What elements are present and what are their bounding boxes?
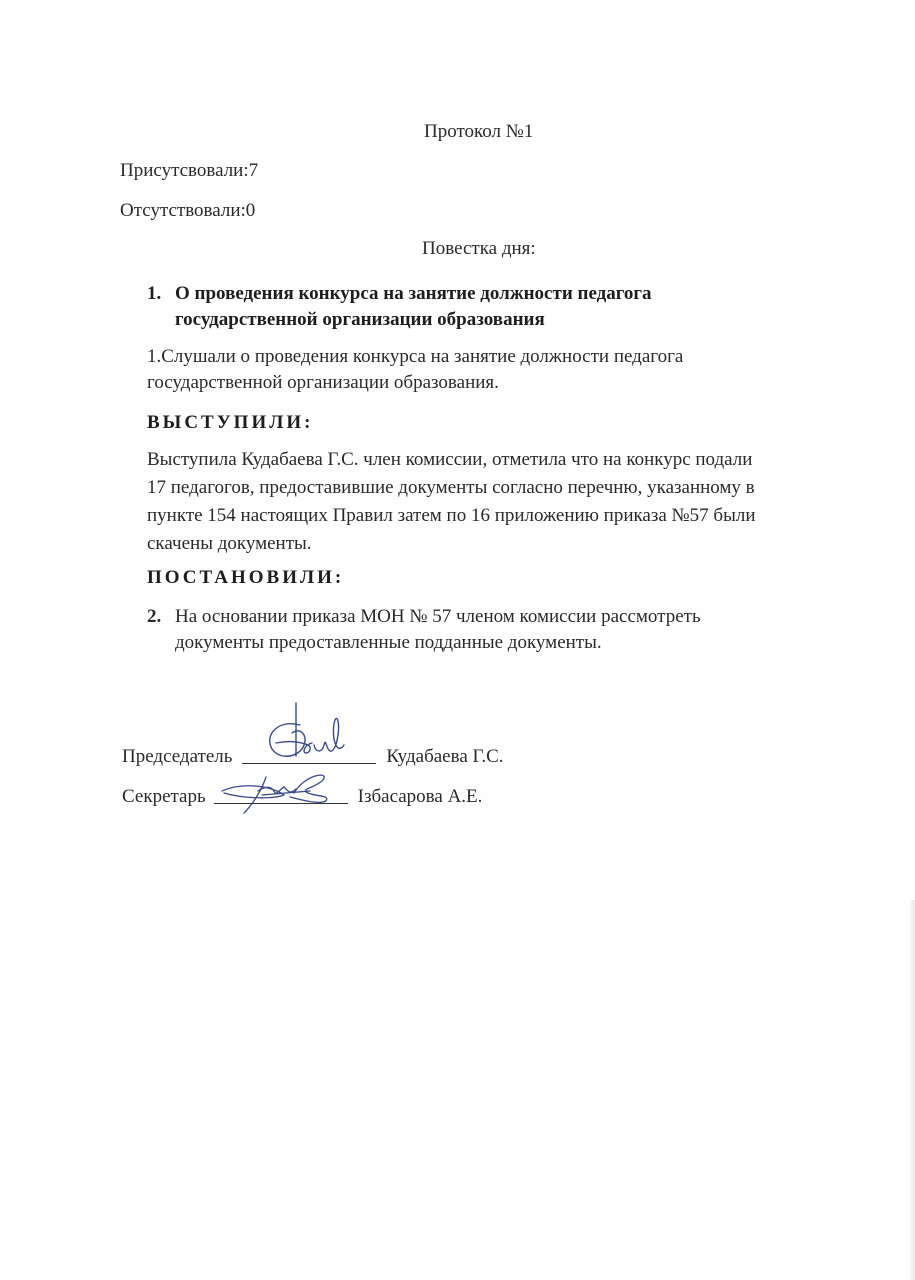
handwritten-signature-icon xyxy=(214,769,344,819)
signature-row-secretary: Секретарь Ізбасарова А.Е. xyxy=(122,785,482,808)
agenda-item-line2: государственной организации образования xyxy=(147,307,652,333)
spoke-line: Выступила Кудабаева Г.С. член комиссии, … xyxy=(147,446,756,474)
spoke-line: 17 педагогов, предоставившие документы с… xyxy=(147,474,756,502)
attendance-absent: Отсутствовали:0 xyxy=(120,200,255,222)
spoke-heading: ВЫСТУПИЛИ: xyxy=(147,412,314,434)
heard-paragraph: 1.Слушали о проведения конкурса на занят… xyxy=(147,344,683,396)
agenda-title: Повестка дня: xyxy=(422,238,536,260)
signature-line xyxy=(242,745,376,764)
decided-heading: ПОСТАНОВИЛИ: xyxy=(147,567,344,589)
decision-item-number: 2. xyxy=(147,604,175,630)
signature-row-chairman: Председатель Кудабаева Г.С. xyxy=(122,745,504,768)
agenda-item: 1.О проведения конкурса на занятие должн… xyxy=(147,281,652,333)
decision-item: 2.На основании приказа МОН № 57 членом к… xyxy=(147,604,701,656)
handwritten-signature-icon xyxy=(256,701,366,771)
heard-line2: государственной организации образования. xyxy=(147,370,683,396)
decision-item-line1: На основании приказа МОН № 57 членом ком… xyxy=(175,606,701,627)
spoke-line: скачены документы. xyxy=(147,530,756,558)
spoke-paragraph: Выступила Кудабаева Г.С. член комиссии, … xyxy=(147,446,756,558)
decision-item-line2: документы предоставленные подданные доку… xyxy=(147,630,701,656)
document-title: Протокол №1 xyxy=(424,121,533,143)
attendance-present: Присутсвовали:7 xyxy=(120,160,258,182)
signature-line xyxy=(214,785,348,804)
document-page: Протокол №1 Присутсвовали:7 Отсутствовал… xyxy=(0,0,915,1280)
agenda-item-line1: О проведения конкурса на занятие должнос… xyxy=(175,283,652,304)
heard-line1: 1.Слушали о проведения конкурса на занят… xyxy=(147,344,683,370)
signatory-name: Кудабаева Г.С. xyxy=(386,746,503,768)
agenda-item-number: 1. xyxy=(147,281,175,307)
signature-role: Секретарь xyxy=(122,786,206,808)
signatory-name: Ізбасарова А.Е. xyxy=(358,786,483,808)
signature-role: Председатель xyxy=(122,746,232,768)
page-edge-shadow xyxy=(909,900,915,1280)
spoke-line: пункте 154 настоящих Правил затем по 16 … xyxy=(147,502,756,530)
